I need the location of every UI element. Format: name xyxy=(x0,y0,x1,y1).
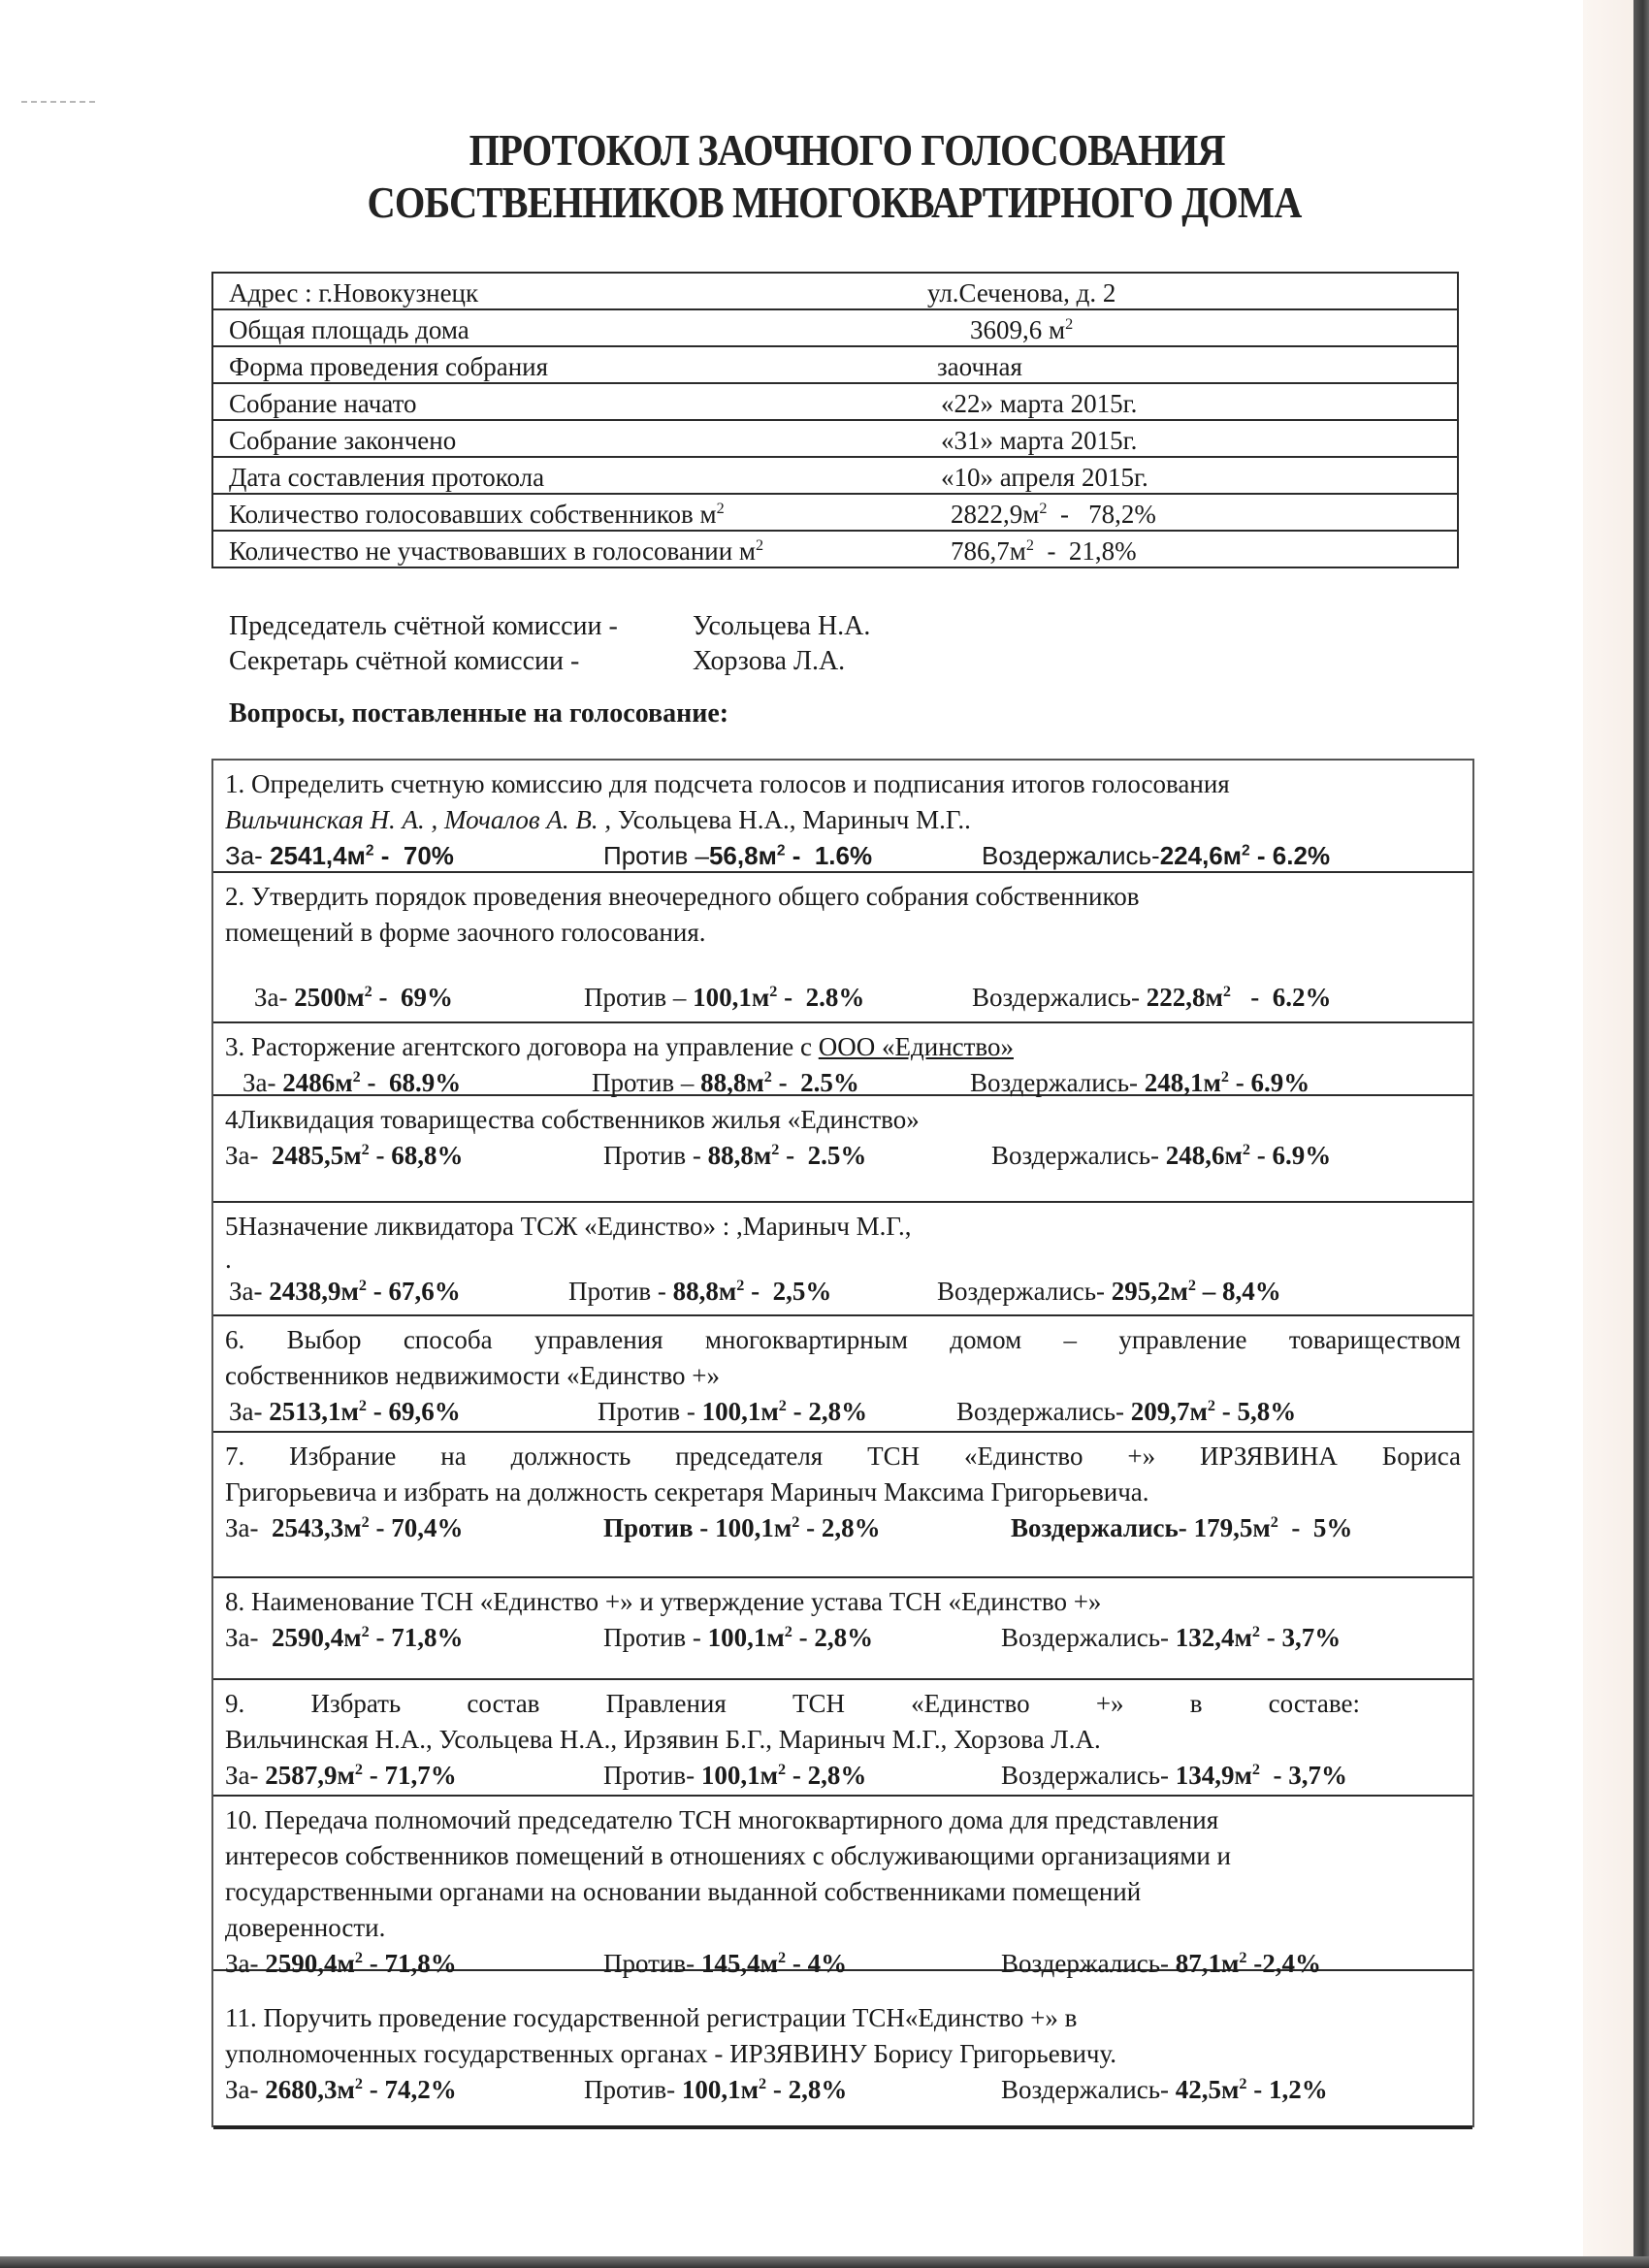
question-item-9: 9. Избрать состав Правления ТСН «Единств… xyxy=(213,1680,1472,1797)
question-text: 5Назначение ликвидатора ТСЖ «Единство» :… xyxy=(225,1209,1461,1245)
info-row-total-area: Общая площадь дома3609,6 м2 xyxy=(212,309,1458,346)
abstain-label: Воздержались- xyxy=(972,983,1140,1012)
against-percent: 2,5% xyxy=(773,1277,832,1306)
against-percent: 2,8% xyxy=(814,1623,873,1652)
staple-mark xyxy=(21,93,95,103)
for-label: За- xyxy=(254,983,288,1012)
info-value: «31» марта 2015г. xyxy=(927,425,1137,456)
for-percent: 69,6% xyxy=(389,1397,461,1426)
info-label: Адрес : г.Новокузнецк xyxy=(229,277,927,308)
for-area: 2680,3м xyxy=(265,2075,355,2104)
question-text-2: Григорьевича и избрать на должность секр… xyxy=(225,1474,1461,1510)
question-text-4: доверенности. xyxy=(225,1910,1461,1946)
against-percent: 2,8% xyxy=(789,2075,848,2104)
for-label: За- xyxy=(225,2075,259,2104)
question-item-10: 10. Передача полномочий председателю ТСН… xyxy=(213,1797,1472,1971)
abstain-percent: 5% xyxy=(1313,1513,1353,1542)
abstain-percent: 3,7% xyxy=(1288,1761,1347,1790)
info-value: 3609,6 м xyxy=(970,315,1065,344)
abstain-percent: 1,2% xyxy=(1269,2075,1328,2104)
chair-role: Председатель счётной комиссии - xyxy=(229,609,693,644)
info-value: заочная xyxy=(927,351,1022,382)
info-label: Собрание начато xyxy=(229,388,927,419)
question-text: 10. Передача полномочий председателю ТСН… xyxy=(225,1802,1461,1838)
not-voted-percent: - 21,8% xyxy=(1034,536,1137,566)
against-percent: 2.5% xyxy=(808,1141,867,1170)
abstain-area: 248,6м xyxy=(1166,1141,1243,1170)
for-area: 2541,4м xyxy=(270,841,366,870)
abstain-percent: 6.2% xyxy=(1273,841,1330,870)
sq-superscript: 2 xyxy=(1065,315,1073,333)
against-label: Против- xyxy=(603,1761,695,1790)
for-percent: 71,7% xyxy=(385,1761,457,1790)
info-value: «22» марта 2015г. xyxy=(927,388,1137,419)
commission-chair: Председатель счётной комиссии - Усольцев… xyxy=(229,609,870,644)
abstain-label: Воздержались- xyxy=(956,1397,1124,1426)
questions-heading: Вопросы, поставленные на голосование: xyxy=(229,698,728,729)
title-line-2: СОБСТВЕННИКОВ МНОГОКВАРТИРНОГО ДОМА xyxy=(271,177,1398,229)
abstain-percent: 6.9% xyxy=(1273,1141,1332,1170)
question-item-8: 8. Наименование ТСН «Единство +» и утвер… xyxy=(213,1578,1472,1680)
vote-results: За- 2543,3м2 - 70,4% Против - 100,1м2 - … xyxy=(225,1510,1461,1546)
against-area: 100,1м xyxy=(708,1623,785,1652)
question-text: 1. Определить счетную комиссию для подсч… xyxy=(225,766,1461,802)
question-names-italic: Вильчинская Н. А. , Мочалов А. В. , xyxy=(225,805,611,834)
against-area: 88,8м xyxy=(708,1141,772,1170)
info-label: Количество голосовавших собственников м xyxy=(229,500,717,529)
vote-results: За- 2485,5м2 - 68,8% Против - 88,8м2 - 2… xyxy=(225,1138,1461,1174)
question-item-7: 7. Избрание на должность председателя ТС… xyxy=(213,1433,1472,1578)
vote-results: За- 2513,1м2 - 69,6% Против - 100,1м2 - … xyxy=(225,1394,1461,1430)
for-area: 2486м xyxy=(282,1068,352,1097)
abstain-area: 134,9м xyxy=(1176,1761,1252,1790)
vote-results: За- 2541,4м2 - 70% Против –56,8м2 - 1.6%… xyxy=(225,838,1461,874)
info-row-form: Форма проведения собраниязаочная xyxy=(212,346,1458,383)
for-percent: 71,8% xyxy=(391,1623,463,1652)
scan-border-bottom xyxy=(0,2256,1649,2268)
vote-results: За- 2587,9м2 - 71,7% Против- 100,1м2 - 2… xyxy=(225,1758,1461,1794)
vote-results: За- 2590,4м2 - 71,8% Против - 100,1м2 - … xyxy=(225,1620,1461,1656)
against-label: Против – xyxy=(584,983,686,1012)
info-label: Собрание закончено xyxy=(229,425,927,456)
against-label: Против – xyxy=(592,1068,694,1097)
question-text-2: помещений в форме заочного голосования. xyxy=(225,915,1461,951)
document-title: ПРОТОКОЛ ЗАОЧНОГО ГОЛОСОВАНИЯ СОБСТВЕННИ… xyxy=(271,124,1398,229)
info-row-not-voted: Количество не участвовавших в голосовани… xyxy=(212,531,1458,567)
for-label: За- xyxy=(242,1068,276,1097)
for-area: 2513,1м xyxy=(269,1397,359,1426)
abstain-area: 132,4м xyxy=(1176,1623,1252,1652)
info-row-address: Адрес : г.Новокузнецкул.Сеченова, д. 2 xyxy=(212,273,1458,309)
vote-results: За- 2438,9м2 - 67,6% Против - 88,8м2 - 2… xyxy=(225,1274,1461,1310)
for-area: 2590,4м xyxy=(272,1623,362,1652)
for-area: 2587,9м xyxy=(265,1761,355,1790)
abstain-area: 248,1м xyxy=(1145,1068,1221,1097)
against-area: 88,8м xyxy=(700,1068,764,1097)
for-area: 2485,5м xyxy=(272,1141,362,1170)
info-label: Форма проведения собрания xyxy=(229,351,927,382)
question-text-3: государственными органами на основании в… xyxy=(225,1874,1461,1910)
info-value: ул.Сеченова, д. 2 xyxy=(927,277,1115,308)
abstain-label: Воздержались- xyxy=(982,841,1160,870)
against-label: Против- xyxy=(584,2075,675,2104)
voted-percent: - 78,2% xyxy=(1047,500,1155,529)
for-percent: 67,6% xyxy=(389,1277,461,1306)
against-percent: 2,8% xyxy=(808,1397,867,1426)
for-percent: 70% xyxy=(404,841,454,870)
abstain-area: 209,7м xyxy=(1131,1397,1208,1426)
question-text-2: собственников недвижимости «Единство +» xyxy=(225,1358,1461,1394)
question-text-2: уполномоченных государственных органах -… xyxy=(225,2036,1461,2072)
question-item-3: 3. Расторжение агентского договора на уп… xyxy=(213,1023,1472,1096)
question-text-2: . xyxy=(225,1245,1461,1274)
question-text: 2. Утвердить порядок проведения внеочере… xyxy=(225,879,1461,915)
against-area: 100,1м xyxy=(702,1397,779,1426)
for-percent: 74,2% xyxy=(385,2075,457,2104)
abstain-percent: 8,4% xyxy=(1222,1277,1281,1306)
question-text: 3. Расторжение агентского договора на уп… xyxy=(225,1032,819,1061)
vote-results: За- 2680,3м2 - 74,2% Против- 100,1м2 - 2… xyxy=(225,2072,1461,2108)
abstain-area: 42,5м xyxy=(1176,2075,1240,2104)
sq-superscript: 2 xyxy=(717,500,725,517)
secretary-name: Хорзова Л.А. xyxy=(693,644,845,679)
against-area: 88,8м xyxy=(673,1277,737,1306)
question-text: 7. Избрание на должность председателя ТС… xyxy=(225,1439,1461,1474)
abstain-label: Воздержались- xyxy=(1001,1761,1169,1790)
not-voted-area: 786,7м xyxy=(951,536,1026,566)
abstain-area: 222,8м xyxy=(1147,983,1223,1012)
abstain-label: Воздержались- xyxy=(1011,1513,1187,1542)
against-percent: 2,8% xyxy=(822,1513,881,1542)
info-value: «10» апреля 2015г. xyxy=(927,462,1148,493)
board-members: Вильчинская Н.А., Усольцева Н.А., Ирзяви… xyxy=(225,1722,1461,1758)
chair-name: Усольцева Н.А. xyxy=(693,609,870,644)
against-percent: 1.6% xyxy=(815,841,872,870)
abstain-area: 179,5м xyxy=(1194,1513,1271,1542)
for-label: За- xyxy=(229,1277,263,1306)
against-area: 100,1м xyxy=(715,1513,792,1542)
counting-commission: Председатель счётной комиссии - Усольцев… xyxy=(229,609,870,679)
info-label: Количество не участвовавших в голосовани… xyxy=(229,536,756,566)
abstain-percent: 6.9% xyxy=(1251,1068,1310,1097)
title-line-1: ПРОТОКОЛ ЗАОЧНОГО ГОЛОСОВАНИЯ xyxy=(271,124,1398,177)
for-percent: 68.9% xyxy=(389,1068,461,1097)
against-label: Против – xyxy=(603,841,709,870)
abstain-label: Воздержались- xyxy=(937,1277,1105,1306)
for-label: За- xyxy=(229,1397,263,1426)
abstain-percent: 6.2% xyxy=(1273,983,1332,1012)
for-area: 2500м xyxy=(294,983,364,1012)
against-label: Против - xyxy=(603,1513,708,1542)
info-label: Общая площадь дома xyxy=(229,314,927,345)
sq-superscript: 2 xyxy=(756,536,763,554)
against-label: Против - xyxy=(568,1277,666,1306)
for-label: За- xyxy=(225,1141,259,1170)
abstain-label: Воздержались- xyxy=(1001,2075,1169,2104)
info-label: Дата составления протокола xyxy=(229,462,927,493)
scan-page-edge xyxy=(1583,0,1633,2268)
secretary-role: Секретарь счётной комиссии - xyxy=(229,644,693,679)
against-percent: 2.8% xyxy=(806,983,865,1012)
abstain-label: Воздержались- xyxy=(991,1141,1159,1170)
abstain-percent: 3,7% xyxy=(1282,1623,1342,1652)
for-area: 2543,3м xyxy=(272,1513,362,1542)
abstain-percent: 5,8% xyxy=(1238,1397,1297,1426)
question-text: 4Ликвидация товарищества собственников ж… xyxy=(225,1102,1461,1138)
abstain-area: 295,2м xyxy=(1112,1277,1188,1306)
question-text: 8. Наименование ТСН «Единство +» и утвер… xyxy=(225,1584,1461,1620)
for-percent: 70,4% xyxy=(391,1513,463,1542)
abstain-label: Воздержались- xyxy=(1001,1623,1169,1652)
against-area: 100,1м xyxy=(701,1761,778,1790)
for-label: За- xyxy=(225,1761,259,1790)
meeting-info-table: Адрес : г.Новокузнецкул.Сеченова, д. 2 О… xyxy=(211,272,1459,568)
sq-superscript: 2 xyxy=(1026,536,1034,554)
vote-results: За- 2500м2 - 69% Против – 100,1м2 - 2.8%… xyxy=(225,980,1461,1016)
against-area: 100,1м xyxy=(682,2075,759,2104)
question-item-4: 4Ликвидация товарищества собственников ж… xyxy=(213,1096,1472,1203)
question-item-11: 11. Поручить проведение государственной … xyxy=(213,1971,1472,2129)
info-row-protocol-date: Дата составления протокола«10» апреля 20… xyxy=(212,457,1458,494)
against-label: Против - xyxy=(603,1623,701,1652)
question-item-5: 5Назначение ликвидатора ТСЖ «Единство» :… xyxy=(213,1203,1472,1316)
info-row-start: Собрание начато«22» марта 2015г. xyxy=(212,383,1458,420)
question-names: Усольцева Н.А., Мариныч М.Г.. xyxy=(611,805,971,834)
question-text: 6. Выбор способа управления многоквартир… xyxy=(225,1322,1461,1358)
question-item-6: 6. Выбор способа управления многоквартир… xyxy=(213,1316,1472,1433)
for-percent: 69% xyxy=(401,983,453,1012)
for-label: За- xyxy=(225,1513,259,1542)
company-name-underlined: ООО «Единство» xyxy=(819,1032,1014,1061)
scan-border-right xyxy=(1633,0,1649,2268)
for-label: За- xyxy=(225,1623,259,1652)
question-text: 11. Поручить проведение государственной … xyxy=(225,2000,1461,2036)
against-label: Против - xyxy=(598,1397,695,1426)
question-item-2: 2. Утвердить порядок проведения внеочере… xyxy=(213,873,1472,1023)
against-label: Против - xyxy=(603,1141,701,1170)
voted-area: 2822,9м xyxy=(951,500,1039,529)
against-area: 56,8м xyxy=(709,841,777,870)
abstain-area: 224,6м xyxy=(1160,841,1242,870)
question-text: 9. Избрать состав Правления ТСН «Единств… xyxy=(225,1686,1360,1722)
abstain-label: Воздержались- xyxy=(970,1068,1138,1097)
question-text-2: интересов собственников помещений в отно… xyxy=(225,1838,1461,1874)
against-percent: 2,8% xyxy=(808,1761,867,1790)
for-area: 2438,9м xyxy=(269,1277,359,1306)
info-row-end: Собрание закончено«31» марта 2015г. xyxy=(212,420,1458,457)
for-percent: 68,8% xyxy=(391,1141,463,1170)
voting-questions-table: 1. Определить счетную комиссию для подсч… xyxy=(211,759,1474,2127)
against-area: 100,1м xyxy=(693,983,769,1012)
commission-secretary: Секретарь счётной комиссии - Хорзова Л.А… xyxy=(229,644,870,679)
info-row-voted: Количество голосовавших собственников м2… xyxy=(212,494,1458,531)
question-item-1: 1. Определить счетную комиссию для подсч… xyxy=(213,761,1472,873)
against-percent: 2.5% xyxy=(800,1068,859,1097)
for-label: За- xyxy=(225,841,263,870)
